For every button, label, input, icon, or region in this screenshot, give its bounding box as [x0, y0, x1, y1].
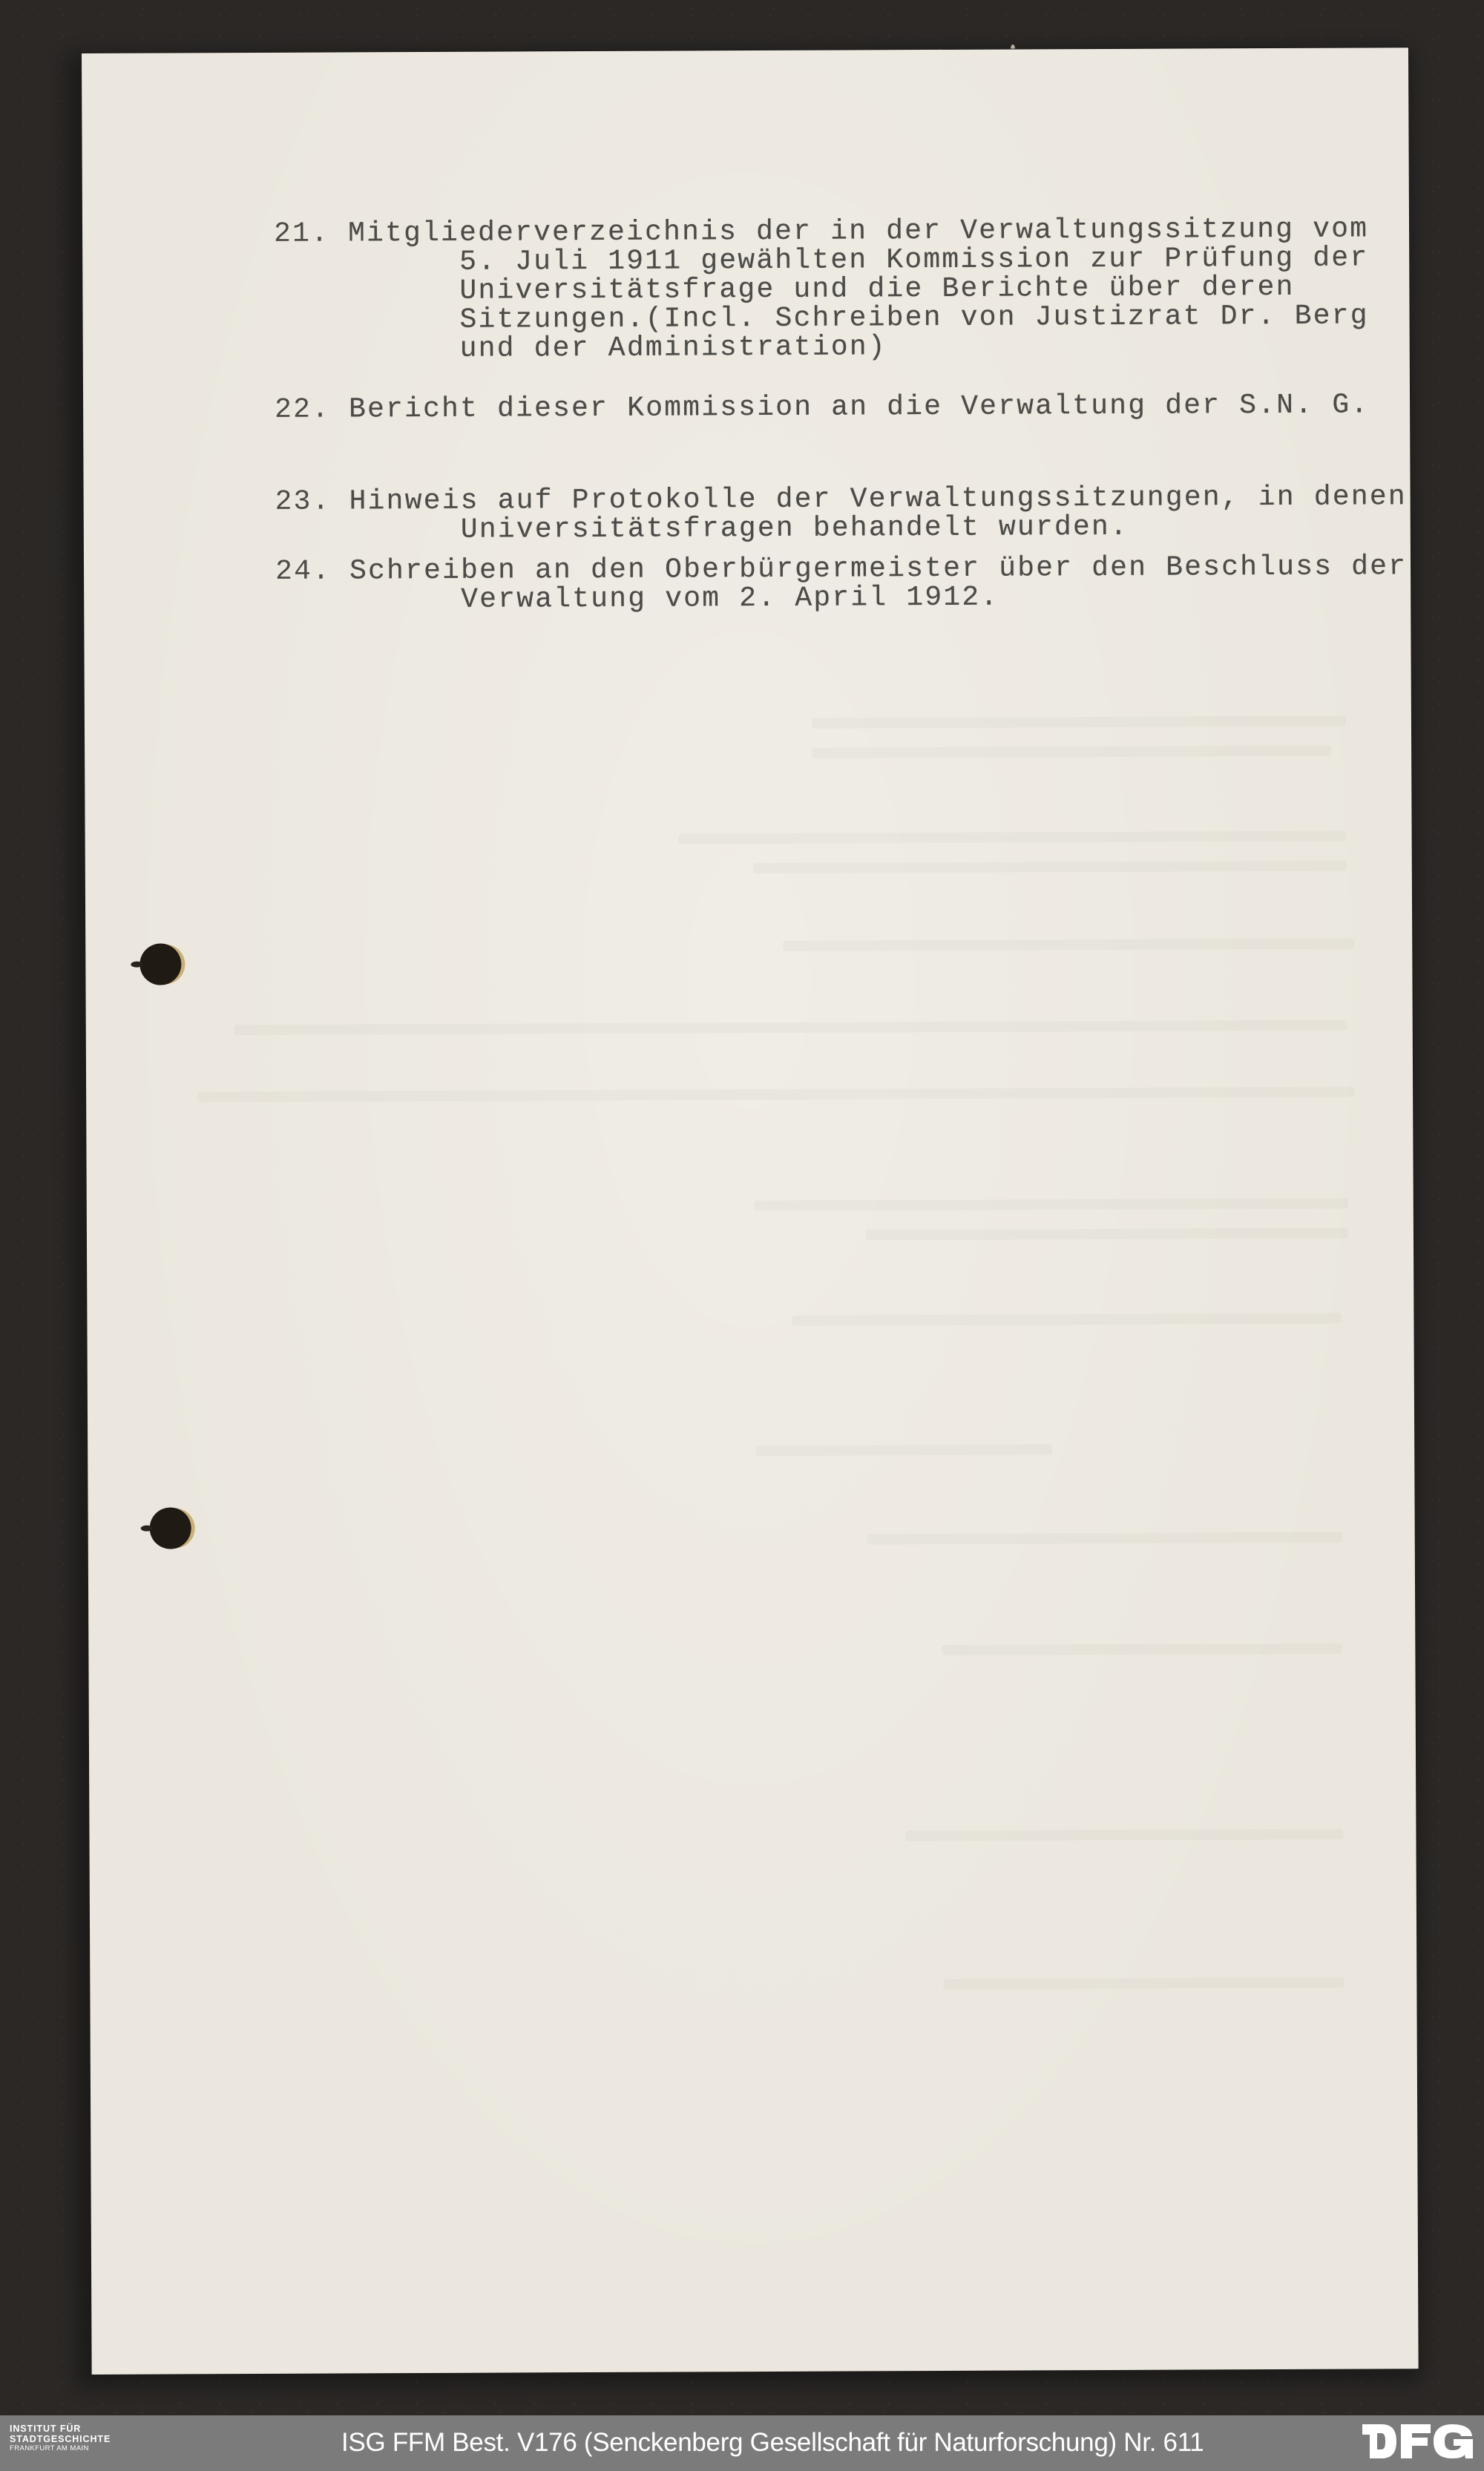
archive-footer-bar: INSTITUT FÜR STADTGESCHICHTE FRANKFURT A…	[0, 2415, 1484, 2471]
institute-logo-line1: INSTITUT FÜR	[10, 2424, 111, 2435]
entry-line: Verwaltung vom 2. April 1912.	[461, 584, 999, 614]
entry-line: Hinweis auf Protokolle der Verwaltungssi…	[349, 483, 1407, 516]
institute-logo: INSTITUT FÜR STADTGESCHICHTE FRANKFURT A…	[10, 2424, 111, 2452]
entry-line: Schreiben an den Oberbürgermeister über …	[349, 553, 1407, 585]
dfg-logo-icon	[1362, 2424, 1474, 2458]
entry-number: 23.	[275, 488, 331, 516]
archive-signature: ISG FFM Best. V176 (Senckenberg Gesellsc…	[341, 2428, 1204, 2458]
entry-line: Universitätsfragen behandelt wurden.	[461, 513, 1129, 545]
entry-line: Bericht dieser Kommission an die Verwalt…	[349, 391, 1369, 424]
institute-logo-line2: STADTGESCHICHTE	[10, 2435, 111, 2445]
entry-number: 22.	[275, 396, 330, 424]
document-page: 21. Mitgliederverzeichnis der in der Ver…	[82, 47, 1419, 2375]
typed-text: 21. Mitgliederverzeichnis der in der Ver…	[82, 47, 1419, 2375]
entry-number: 24.	[275, 558, 331, 586]
entry-number: 21.	[274, 220, 329, 249]
entry-line: und der Administration)	[460, 333, 887, 364]
institute-logo-line3: FRANKFURT AM MAIN	[10, 2445, 111, 2452]
entry-line: Sitzungen.(Incl. Schreiben von Justizrat…	[459, 302, 1368, 334]
